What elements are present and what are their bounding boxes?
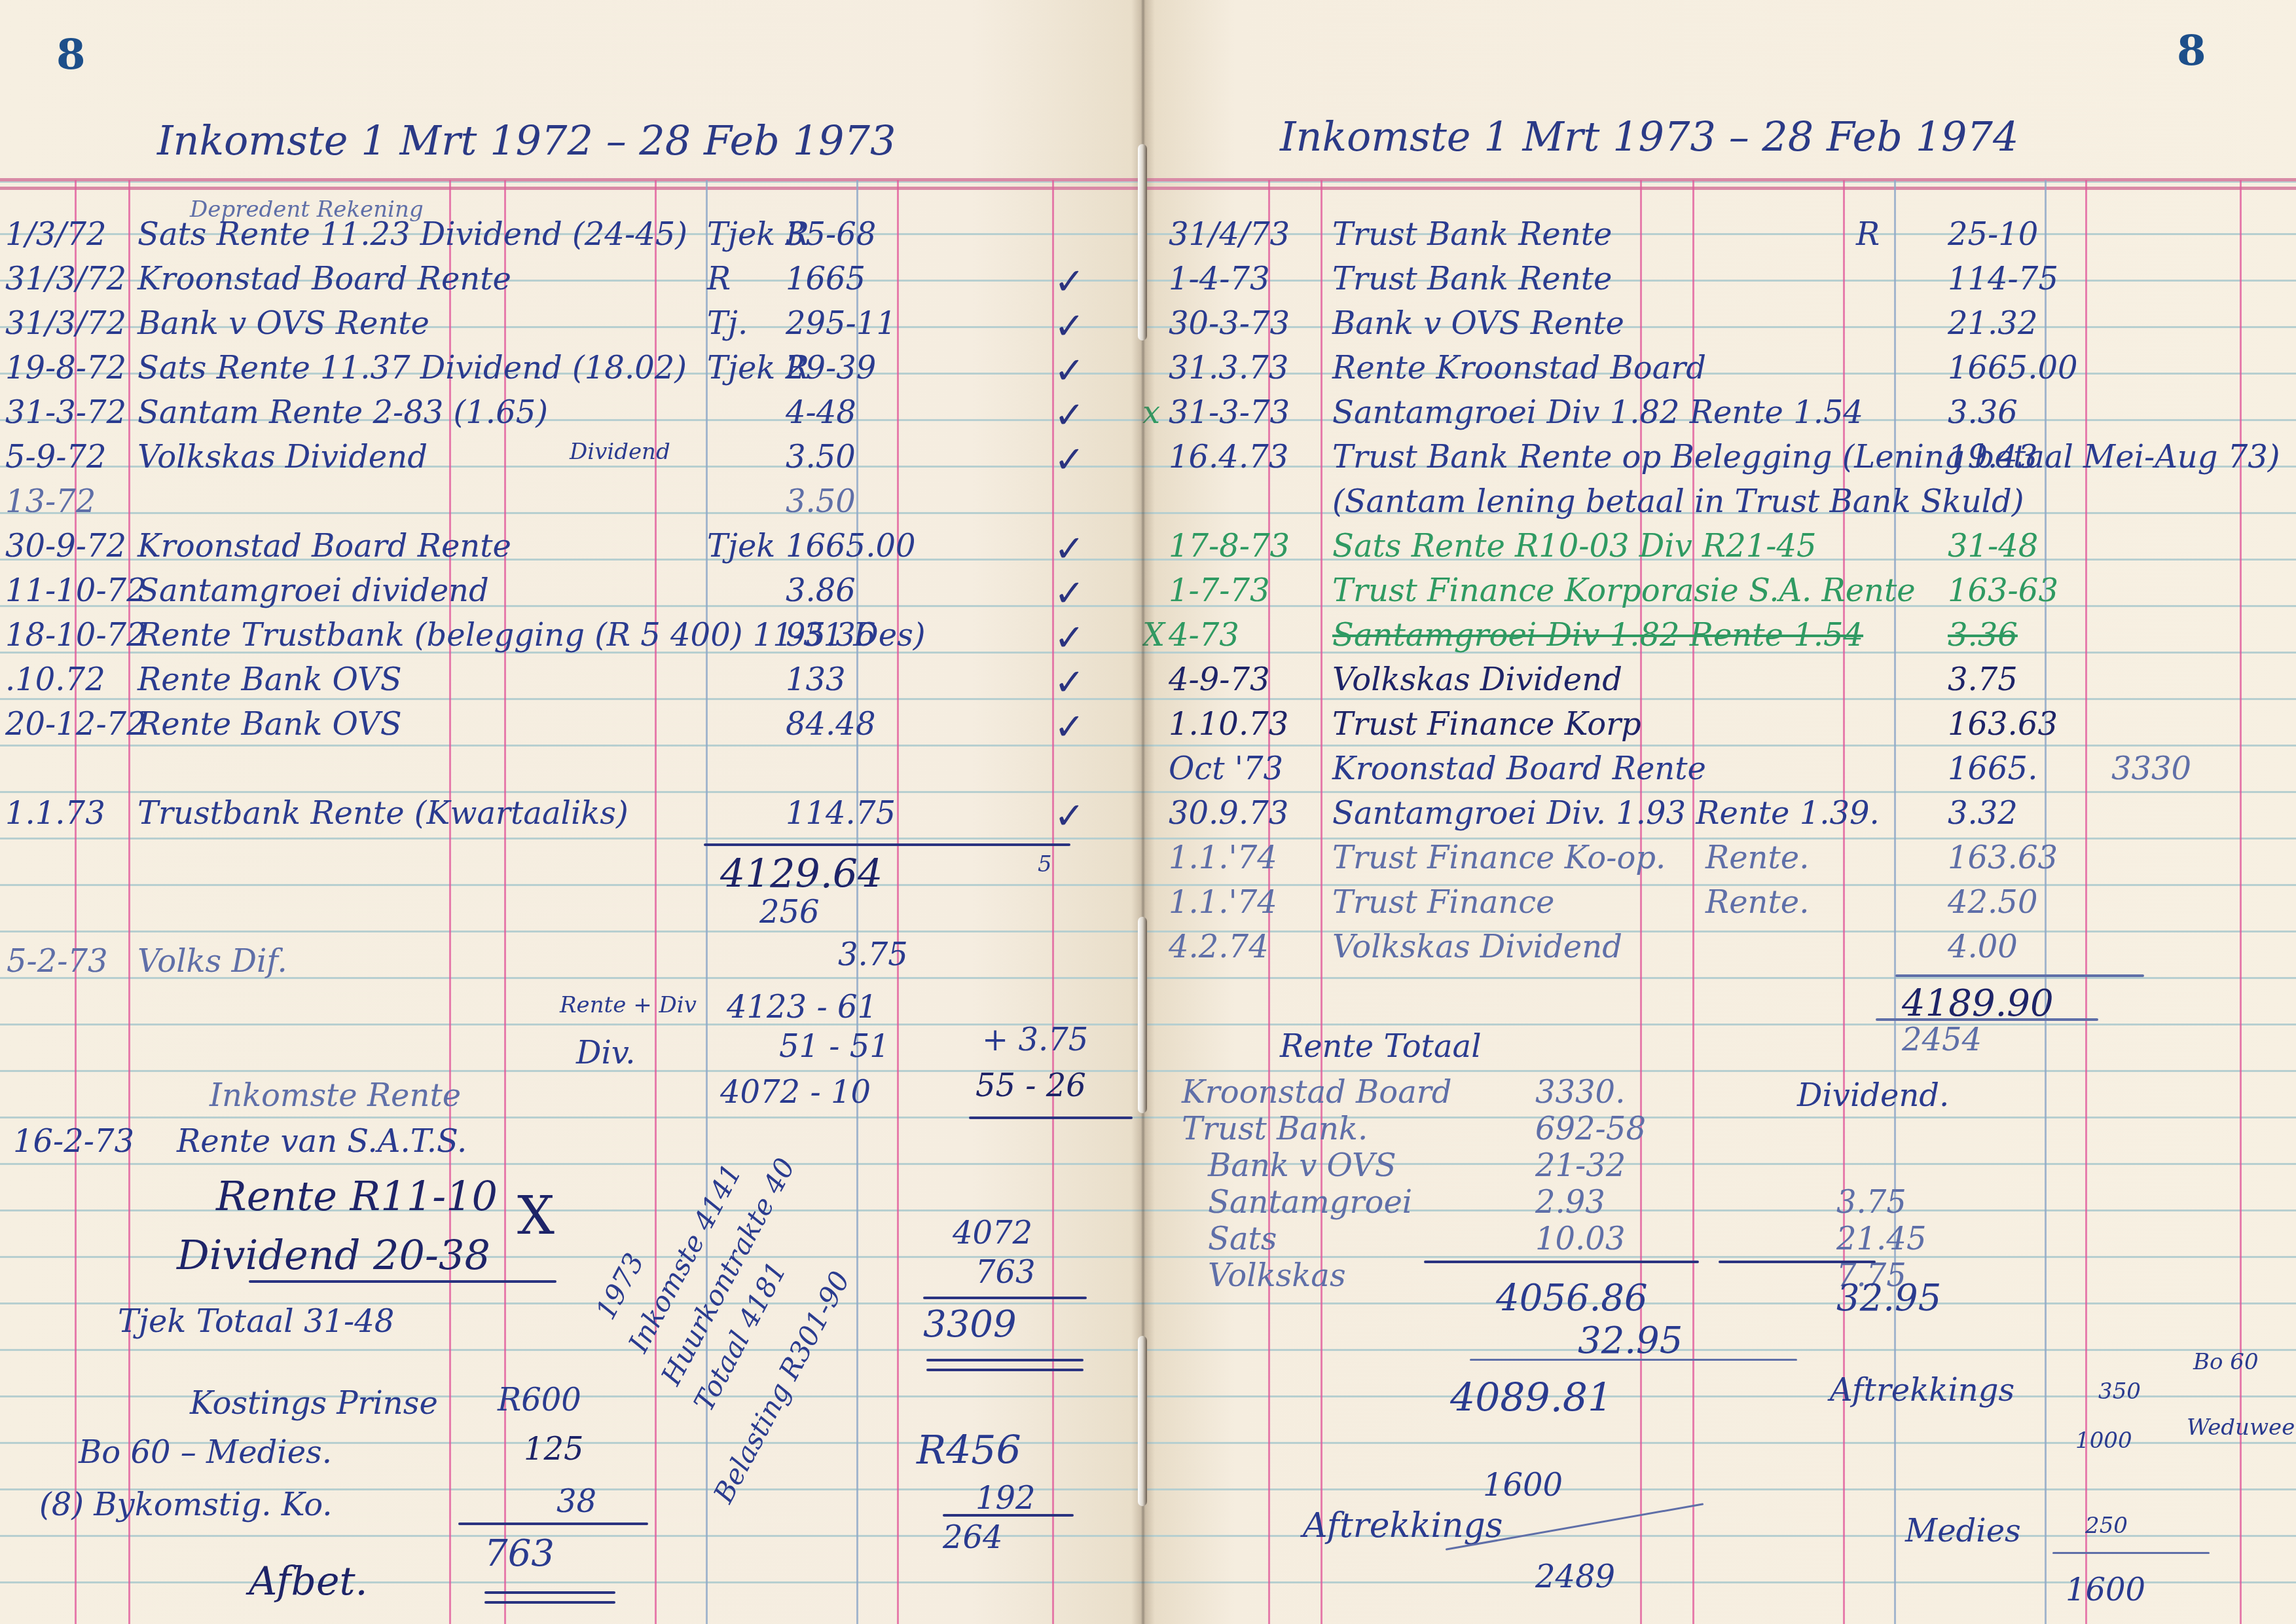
underline xyxy=(1470,1359,1797,1361)
binding-stitch xyxy=(1138,917,1147,1113)
entry-description: Volkskas Dividend xyxy=(1332,929,1622,965)
deduction-note: Medies xyxy=(1905,1513,2021,1549)
entry-sub: Rente. xyxy=(1705,884,1809,921)
costs-row-amount: 125 xyxy=(524,1431,584,1467)
volks-row-label: Volks Dif. xyxy=(137,943,287,980)
binding-stitch xyxy=(1138,144,1147,341)
entry-description: Kroonstad Board Rente xyxy=(1332,750,1706,787)
deductions-label: Aftrekkings xyxy=(1830,1372,2014,1409)
header-rule xyxy=(1142,178,2296,181)
entry-description: Volkskas Dividend xyxy=(1332,661,1622,698)
carried-dividend: 32.95 xyxy=(1578,1319,1683,1362)
total-underline xyxy=(1895,974,2144,977)
entry-amount: 84.48 xyxy=(786,706,875,743)
entry-description: Volkskas Dividend xyxy=(137,439,428,475)
entry-extra: 3330 xyxy=(2111,750,2191,787)
check-mark: ✓ xyxy=(1054,261,1085,303)
entry-description: Kroonstad Board Rente xyxy=(137,261,511,297)
check-mark: ✓ xyxy=(1054,795,1085,838)
underline xyxy=(969,1116,1133,1119)
total-line-2: 256 xyxy=(759,894,820,931)
entry-description: Santamgroei Div 1.82 Rente 1.54 xyxy=(1332,394,1863,431)
entry-description: Trust Bank Rente xyxy=(1332,216,1612,253)
entry-amount: 163-63 xyxy=(1948,572,2058,609)
entry-date: Oct '73 xyxy=(1169,750,1283,787)
underline xyxy=(1719,1261,1876,1263)
summary-rente: 3330. xyxy=(1535,1074,1625,1111)
entry-description: Trust Finance xyxy=(1332,884,1554,921)
sats-rente: Rente R11-10 xyxy=(216,1172,498,1220)
entry-date: 17-8-73 xyxy=(1169,528,1290,564)
deduction-amount: 250 xyxy=(2085,1513,2128,1539)
summary-label: Bank v OVS xyxy=(1208,1147,1396,1184)
check-mark: ✓ xyxy=(1054,706,1085,748)
summary-dividend: 21.45 xyxy=(1836,1221,1926,1257)
entry-amount: 1665.00 xyxy=(1948,350,2078,386)
inkomste-value: 4072 - 10 xyxy=(720,1074,871,1111)
total-underline xyxy=(704,843,1070,846)
entry-description: Trust Finance Ko-op. xyxy=(1332,840,1666,876)
entry-amount: 29-39 xyxy=(786,350,876,386)
entry-description: Sats Rente R10-03 Div R21-45 xyxy=(1332,528,1817,564)
entry-date: 18-10-72 xyxy=(5,617,147,654)
dividend-total: 32.95 xyxy=(1836,1277,1941,1319)
summary-dividend: 3.75 xyxy=(1836,1184,1906,1221)
entry-amount: 31-48 xyxy=(1948,528,2038,564)
costs-row-label: Bo 60 – Medies. xyxy=(79,1434,332,1471)
entry-amount: 3.50 xyxy=(786,483,856,520)
entry-description: (Santam lening betaal in Trust Bank Skul… xyxy=(1332,483,2024,520)
costs-header: Kostings Prinse xyxy=(190,1385,438,1422)
entry-amount: 1665. xyxy=(1948,750,2037,787)
entry-amount: 295-11 xyxy=(786,305,896,342)
double-underline xyxy=(926,1359,1084,1361)
summary-label: Kroonstad Board xyxy=(1182,1074,1452,1111)
sats-total: Tjek Totaal 31-48 xyxy=(118,1303,394,1340)
check-mark: ✓ xyxy=(1054,528,1085,570)
check-mark: ✓ xyxy=(1054,572,1085,615)
entry-description: Trust Finance Korp xyxy=(1332,706,1641,743)
entry-amount: 114.75 xyxy=(786,795,896,832)
entry-description: Sats Rente 11.23 Dividend (24-45) xyxy=(137,216,687,253)
entry-date: 30-9-72 xyxy=(5,528,126,564)
right-col-b: 763 xyxy=(975,1254,1036,1291)
aftrek-value: 1600 xyxy=(1483,1467,1563,1504)
entry-description: Trust Bank Rente xyxy=(1332,261,1612,297)
div-value: 51 - 51 xyxy=(779,1028,890,1065)
sats-dividend: Dividend 20-38 xyxy=(177,1231,490,1279)
right-col-e: 264 xyxy=(943,1519,1003,1556)
underline xyxy=(2052,1552,2210,1554)
entry-date: 31/3/72 xyxy=(5,305,126,342)
entry-date: 1.10.73 xyxy=(1169,706,1288,743)
ledger-page-left: 8 Inkomste 1 Mrt 1972 – 28 Feb 1973 Depr… xyxy=(0,0,1142,1624)
column-line xyxy=(2240,180,2242,1624)
page-title: Inkomste 1 Mrt 1973 – 28 Feb 1974 xyxy=(1280,113,2018,160)
entry-amount: 42.50 xyxy=(1948,884,2037,921)
entry-description: Rente Bank OVS xyxy=(137,661,402,698)
entry-description: Santamgroei Div 1.82 Rente 1.54 xyxy=(1332,617,1863,654)
underline xyxy=(943,1514,1074,1517)
entry-description: Santamgroei Div. 1.93 Rente 1.39. xyxy=(1332,795,1880,832)
underline xyxy=(458,1522,648,1525)
double-underline xyxy=(484,1601,615,1604)
column-line xyxy=(856,180,858,1624)
inkomste-label: Inkomste Rente xyxy=(210,1077,461,1114)
check-mark: ✓ xyxy=(1054,661,1085,704)
deduction-note: Weduwee xyxy=(2187,1414,2295,1441)
summary-rente: 2.93 xyxy=(1535,1184,1605,1221)
entry-amount: 133 xyxy=(786,661,846,698)
entry-description: Trust Finance Korporasie S.A. Rente xyxy=(1332,572,1916,609)
total-line-1: 4129.64 xyxy=(720,851,883,897)
column-line xyxy=(655,180,657,1624)
entry-date: 1.1.73 xyxy=(5,795,105,832)
amount-prefix: R xyxy=(707,261,731,297)
side-digit: 5 xyxy=(1038,851,1052,877)
entry-date: 31/3/72 xyxy=(5,261,126,297)
entry-amount: 163.63 xyxy=(1948,706,2058,743)
entry-amount: 35-68 xyxy=(786,216,876,253)
entry-amount: 1665.00 xyxy=(786,528,916,564)
amount-prefix: Tjek xyxy=(707,528,775,564)
rente-total: 4056.86 xyxy=(1496,1277,1648,1319)
entry-date: 1.1.'74 xyxy=(1169,884,1277,921)
underline xyxy=(923,1297,1087,1299)
entry-date: .10.72 xyxy=(5,661,105,698)
grand-total: 4089.81 xyxy=(1450,1375,1613,1421)
entry-date: 13-72 xyxy=(5,483,96,520)
column-line xyxy=(128,180,130,1624)
deduction-amount: 350 xyxy=(2098,1378,2141,1405)
entry-amount: 3.50 xyxy=(786,439,856,475)
underline xyxy=(249,1280,556,1283)
sats-date: 16-2-73 xyxy=(13,1123,134,1160)
check-mark: ✓ xyxy=(1054,305,1085,348)
right-col-c: R456 xyxy=(917,1428,1021,1473)
entry-date: 1-7-73 xyxy=(1169,572,1270,609)
column-line xyxy=(2085,180,2087,1624)
summary-header-left: Rente Totaal xyxy=(1280,1028,1481,1065)
entry-amount: 4-48 xyxy=(786,394,856,431)
volks-row-date: 5-2-73 xyxy=(7,943,108,980)
entry-date: 4-73 xyxy=(1169,617,1239,654)
entry-date: 4-9-73 xyxy=(1169,661,1270,698)
aftrek-label: Aftrekkings xyxy=(1303,1506,1503,1545)
entry-date: 31-3-73 xyxy=(1169,394,1290,431)
entry-amount: 3.75 xyxy=(1948,661,2018,698)
x-mark: X xyxy=(517,1185,555,1246)
entry-amount: 3.86 xyxy=(786,572,856,609)
deductions-total: 1600 xyxy=(2066,1572,2145,1608)
right-col-total: 3309 xyxy=(923,1303,1017,1346)
entry-amount: 3.32 xyxy=(1948,795,2018,832)
entry-date: 19-8-72 xyxy=(5,350,126,386)
entry-description: Santamgroei dividend xyxy=(137,572,489,609)
entry-amount: 95.36 xyxy=(786,617,875,654)
deduction-amount: 1000 xyxy=(2075,1428,2132,1454)
page-total-below: 2454 xyxy=(1902,1022,1982,1058)
header-rule xyxy=(0,178,1142,181)
entry-description: Bank v OVS Rente xyxy=(1332,305,1624,342)
entry-amount: 3.36 xyxy=(1948,394,2018,431)
costs-total: 763 xyxy=(484,1532,555,1575)
header-rule xyxy=(1142,187,2296,190)
entry-amount: 19.43 xyxy=(1948,439,2037,475)
entry-amount: 163.63 xyxy=(1948,840,2058,876)
entry-date: 31-3-72 xyxy=(5,394,126,431)
sats-title: Rente van S.A.T.S. xyxy=(177,1123,467,1160)
underline xyxy=(1424,1261,1699,1263)
entry-amount: 1665 xyxy=(786,261,866,297)
entry-description: Santam Rente 2-83 (1.65) xyxy=(137,394,548,431)
header-rule xyxy=(0,187,1142,190)
summary-rente: 10.03 xyxy=(1535,1221,1625,1257)
check-mark: ✓ xyxy=(1054,617,1085,659)
div-extra: + 3.75 xyxy=(982,1022,1088,1058)
rente-div-label: Rente + Div xyxy=(560,992,697,1018)
entry-date: 30-3-73 xyxy=(1169,305,1290,342)
column-line xyxy=(897,180,899,1624)
summary-label: Santamgroei xyxy=(1208,1184,1412,1221)
entry-date: 1-4-73 xyxy=(1169,261,1270,297)
costs-footer: Afbet. xyxy=(249,1559,368,1604)
summary-label: Sats xyxy=(1208,1221,1277,1257)
entry-sub: Rente. xyxy=(1705,840,1809,876)
check-mark: ✓ xyxy=(1054,394,1085,437)
div-label: Div. xyxy=(576,1035,636,1071)
entry-date: 1/3/72 xyxy=(5,216,107,253)
inkomste-extra: 55 - 26 xyxy=(975,1067,1086,1104)
column-line xyxy=(2045,180,2047,1624)
entry-date: 31.3.73 xyxy=(1169,350,1288,386)
right-col-d: 192 xyxy=(975,1480,1036,1517)
amount-prefix: Tj. xyxy=(707,305,748,342)
aftrek-result: 2489 xyxy=(1535,1559,1615,1595)
entry-description: Trustbank Rente (Kwartaaliks) xyxy=(137,795,629,832)
summary-rente: 692-58 xyxy=(1535,1111,1646,1147)
summary-label: Volkskas xyxy=(1208,1257,1346,1294)
entry-date: 4.2.74 xyxy=(1169,929,1269,965)
double-underline xyxy=(926,1369,1084,1371)
ledger-page-right: 8 Inkomste 1 Mrt 1973 – 28 Feb 1974 31/4… xyxy=(1142,0,2296,1624)
costs-row-amount: 38 xyxy=(556,1483,596,1520)
amount-prefix: R xyxy=(1856,216,1880,253)
column-line xyxy=(1321,180,1322,1624)
page-number: 8 xyxy=(2177,26,2206,75)
entry-description: Trust Bank Rente op Belegging (Lening be… xyxy=(1332,439,2280,475)
binding-stitch xyxy=(1138,1336,1147,1506)
entry-date: 11-10-72 xyxy=(5,572,147,609)
entry-date: 31/4/73 xyxy=(1169,216,1290,253)
rente-div-value: 4123 - 61 xyxy=(727,989,877,1025)
entry-date: 1.1.'74 xyxy=(1169,840,1277,876)
summary-rente: 21-32 xyxy=(1535,1147,1626,1184)
volks-row-amount: 3.75 xyxy=(838,936,908,973)
check-mark: ✓ xyxy=(1054,439,1085,481)
entry-description: Rente Kroonstad Board xyxy=(1332,350,1706,386)
entry-date: 5-9-72 xyxy=(5,439,107,475)
entry-note: Dividend xyxy=(570,439,670,465)
summary-header-right: Dividend. xyxy=(1797,1077,1949,1114)
entry-date: 20-12-72 xyxy=(5,706,147,743)
right-col-a: 4072 xyxy=(953,1215,1032,1251)
summary-label: Trust Bank. xyxy=(1182,1111,1368,1147)
underline xyxy=(1876,1018,2098,1021)
entry-amount: 4.00 xyxy=(1948,929,2018,965)
deduction-note: Bo 60 xyxy=(2193,1349,2259,1375)
entry-amount: 25-10 xyxy=(1948,216,2038,253)
costs-header-amount: R600 xyxy=(498,1382,581,1418)
entry-description: Rente Bank OVS xyxy=(137,706,402,743)
costs-row-label: (8) Bykomstig. Ko. xyxy=(39,1486,333,1523)
entry-date: 30.9.73 xyxy=(1169,795,1288,832)
check-mark: ✓ xyxy=(1054,350,1085,392)
entry-description: Bank v OVS Rente xyxy=(137,305,429,342)
entry-date: 16.4.73 xyxy=(1169,439,1288,475)
entry-amount: 21.32 xyxy=(1948,305,2037,342)
entry-description: Sats Rente 11.37 Dividend (18.02) xyxy=(137,350,687,386)
page-number: 8 xyxy=(56,30,86,79)
entry-amount: 114-75 xyxy=(1948,261,2058,297)
double-underline xyxy=(484,1591,615,1594)
entry-amount: 3.36 xyxy=(1948,617,2018,654)
entry-description: Kroonstad Board Rente xyxy=(137,528,511,564)
page-title: Inkomste 1 Mrt 1972 – 28 Feb 1973 xyxy=(157,117,896,164)
